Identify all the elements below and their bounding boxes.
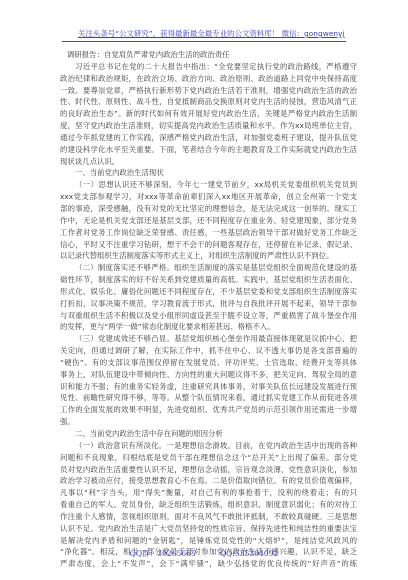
text-line: “硬伤”。有的支部议事范围仅停留在发展党员、评功评奖、士官选取、经费开支等具体 (60, 357, 357, 369)
document-page: 关注头条号“公文研究”，获得最新最全最专业的公文资料库！ 微信：gongweny… (0, 0, 408, 580)
text-line: 信心，平时又不注重学习钻研，想干不会干的问题客观存在，还停留在补记录、假记录、 (60, 239, 357, 251)
text-line: 习近平总书记在党的二十大报告中指出：“全党要坚定执行党的政治路线，严格遵守 (60, 61, 357, 73)
text-line: 的良好政治生态”。新的时代如何有效开展好党内政治生活，关键是严格党内政治生活制 (60, 108, 357, 120)
qq-group-text: QQ群：30265665 (130, 548, 196, 559)
text-line: 作注重个人感情，忽视组织原则，面对不良风气不敢批评抵制，不敢较真碰硬。三是思想 (60, 511, 357, 523)
paragraph-lines: 习近平总书记在党的二十大报告中指出：“全党要坚定执行党的政治路线，严格遵守政治纪… (60, 61, 357, 570)
section-heading: 二、当前党内政治生活中存在问题的原因分析 (60, 428, 357, 440)
text-line: 是解决党内矛盾和问题的“金钥匙”，是锤炼党员党性的“大熔炉”，是纯洁党风政风的 (60, 535, 357, 547)
text-line: 度，坚守党内政治生活准则，切实提高党内政治生活质量和水平。作为xx局班单位主官， (60, 120, 357, 132)
text-line: （一）思想认识还不够深刻。今年七一建党节前夕，xx局机关党委组织机关党员到 (60, 179, 357, 191)
text-line: 形式化、娱乐化、庸俗化问题还不同程度存在，不少基层党委和党支部组织生活制度落实 (60, 286, 357, 298)
text-line: 通过今年抓党建的工作实践，深感严格党内政治生活，对加强党委班子建设，提升队伍党 (60, 132, 357, 144)
text-line: 的发挥，更与“两学一做”常态化制度化要求相差甚远、格格不入。 (60, 321, 357, 333)
text-line: 严肃态度，会上“不发声”，会下“满牢骚”，缺少弘扬党的优良传统的“好声音”的练 (60, 558, 357, 570)
text-line: 工作者对党务工作岗位缺乏荣誉感、责任感，一些基层政治领导干部对做好党务工作缺乏 (60, 227, 357, 239)
document-body: 调研报告：自觉肩负严肃党内政治生活的政治责任 习近平总书记在党的二十大报告中指出… (60, 49, 357, 570)
text-line: 关定向，但通过调研了解，在实际工作中，抓不住中心、议不透大事仍是各支部普遍的 (60, 345, 357, 357)
text-line: xxx党支部参观学习，对xxx等革命前辈们深入xx地区开展革命，创立全州第一个党… (60, 191, 357, 203)
text-line: 部的事迹，深受感触，没有对党的无比坚定的理想信念，是无法完成这一创举的。现实工 (60, 203, 357, 215)
text-line: 事务上，对队伍建设中带倾向性、方向性的重大问题议得不多，把关定向、驾驭全局的意 (60, 369, 357, 381)
footer-contact: QQ群：30265665QQ:535304092 (0, 548, 408, 559)
header-banner: 关注头条号“公文研究”，获得最新最全最专业的公文资料库！ 微信：gongweny… (62, 27, 346, 42)
text-line: 问题和不良现象，归根结底是党员干部在理想信念这个“总开关”上出现了偏差。部分党 (60, 452, 357, 464)
text-line: 凡事以“利”字当头，用“得失”衡量，对自己有利的事抢着干，没利的绕着走；有的只 (60, 487, 357, 499)
text-line: 政治纪律和政治规矩，在政治立场、政治方向、政治原则、政治道路上同党中央保持高度 (60, 73, 357, 85)
text-line: 与双重组织生活不积极以及党小组形同虚设甚至干脆不设立等，严重损害了战斗堡垒作用 (60, 310, 357, 322)
text-line: 强。 (60, 416, 357, 428)
text-line: （一）政治意识有所淡化。一是理想信念滑坡。目前，在党内政治生活中出现的各种 (60, 440, 357, 452)
text-line: 见性、前瞻性研究得不够，等等。从整个队伍情况来看，通过抓实党建工作从而促进各项 (60, 392, 357, 404)
text-line: 作中，无论是机关党支部还是基层支部，还不同程度存在重业务、轻党建现象，部分党务 (60, 215, 357, 227)
text-line: 识和能力不强；有的重务实轻务虚，注重研究具体事务，对事关队伍长远建设发展进行预 (60, 381, 357, 393)
text-line: 的建设科学化水平至关重要。下面，笔者结合今年的主题教育及工作实际就党内政治生活 (60, 144, 357, 156)
text-line: 看重自己的军人、党员身份，缺乏组织生活锻炼，组织意识、制度意识弱化；有的对待工 (60, 499, 357, 511)
text-line: 认识不足。党内政治生活是广大党员坚持党的性质宗旨、保持先进性和纯洁性的重要法宝 (60, 523, 357, 535)
text-line: 性、时代性、原则性、战斗性，自觉抵制商品交换原则对党内生活的侵蚀，营造风清气正 (60, 96, 357, 108)
document-title: 调研报告：自觉肩负严肃党内政治生活的政治责任 (60, 49, 357, 61)
text-line: 员对党内政治生活重要性认识不足，理想信念动摇，宗旨观念淡薄，党性意识淡化，参加 (60, 464, 357, 476)
text-line: 以记录代替组织生活制度落实等形式主义上，对组织生活制度的严肃性认识不到位。 (60, 250, 357, 262)
text-line: （二）制度落实还不够严格。组织生活制度的落实是基层党组织全面规范化建设的基 (60, 262, 357, 274)
text-line: 现状谈几点认识。 (60, 156, 357, 168)
text-line: 工作的全面发展的效果不明显，先进党组织、优秀共产党员的示范引领作用还需进一步增 (60, 404, 357, 416)
qq-number-text: QQ:535304092 (220, 549, 279, 558)
section-heading: 一、当前党内政治生活现状 (60, 167, 357, 179)
text-line: 打折扣，议事决策不规范，学习教育流于形式，批评与自我批评开展不起来，领导干部参 (60, 298, 357, 310)
text-line: 一致。要尊崇党章，严格执行新形势下党内政治生活若干准则，增强党内政治生活的政治 (60, 85, 357, 97)
header-promo-link[interactable]: 关注头条号“公文研究”，获得最新最全最专业的公文资料库！ 微信：gongweny… (78, 28, 345, 39)
text-line: （三）党建成效还不够凸显。基层党组织核心堡垒作用最直接体现就是议抓中心、把 (60, 333, 357, 345)
text-line: 政治学习被动应付，接受思想教育心不在焉。二是价值取向错位。有的党员价值观偏移， (60, 475, 357, 487)
text-line: 础性环节，制度落实的好不好关系到党建质量的高低。实践中，基层党组织生活表面化、 (60, 274, 357, 286)
